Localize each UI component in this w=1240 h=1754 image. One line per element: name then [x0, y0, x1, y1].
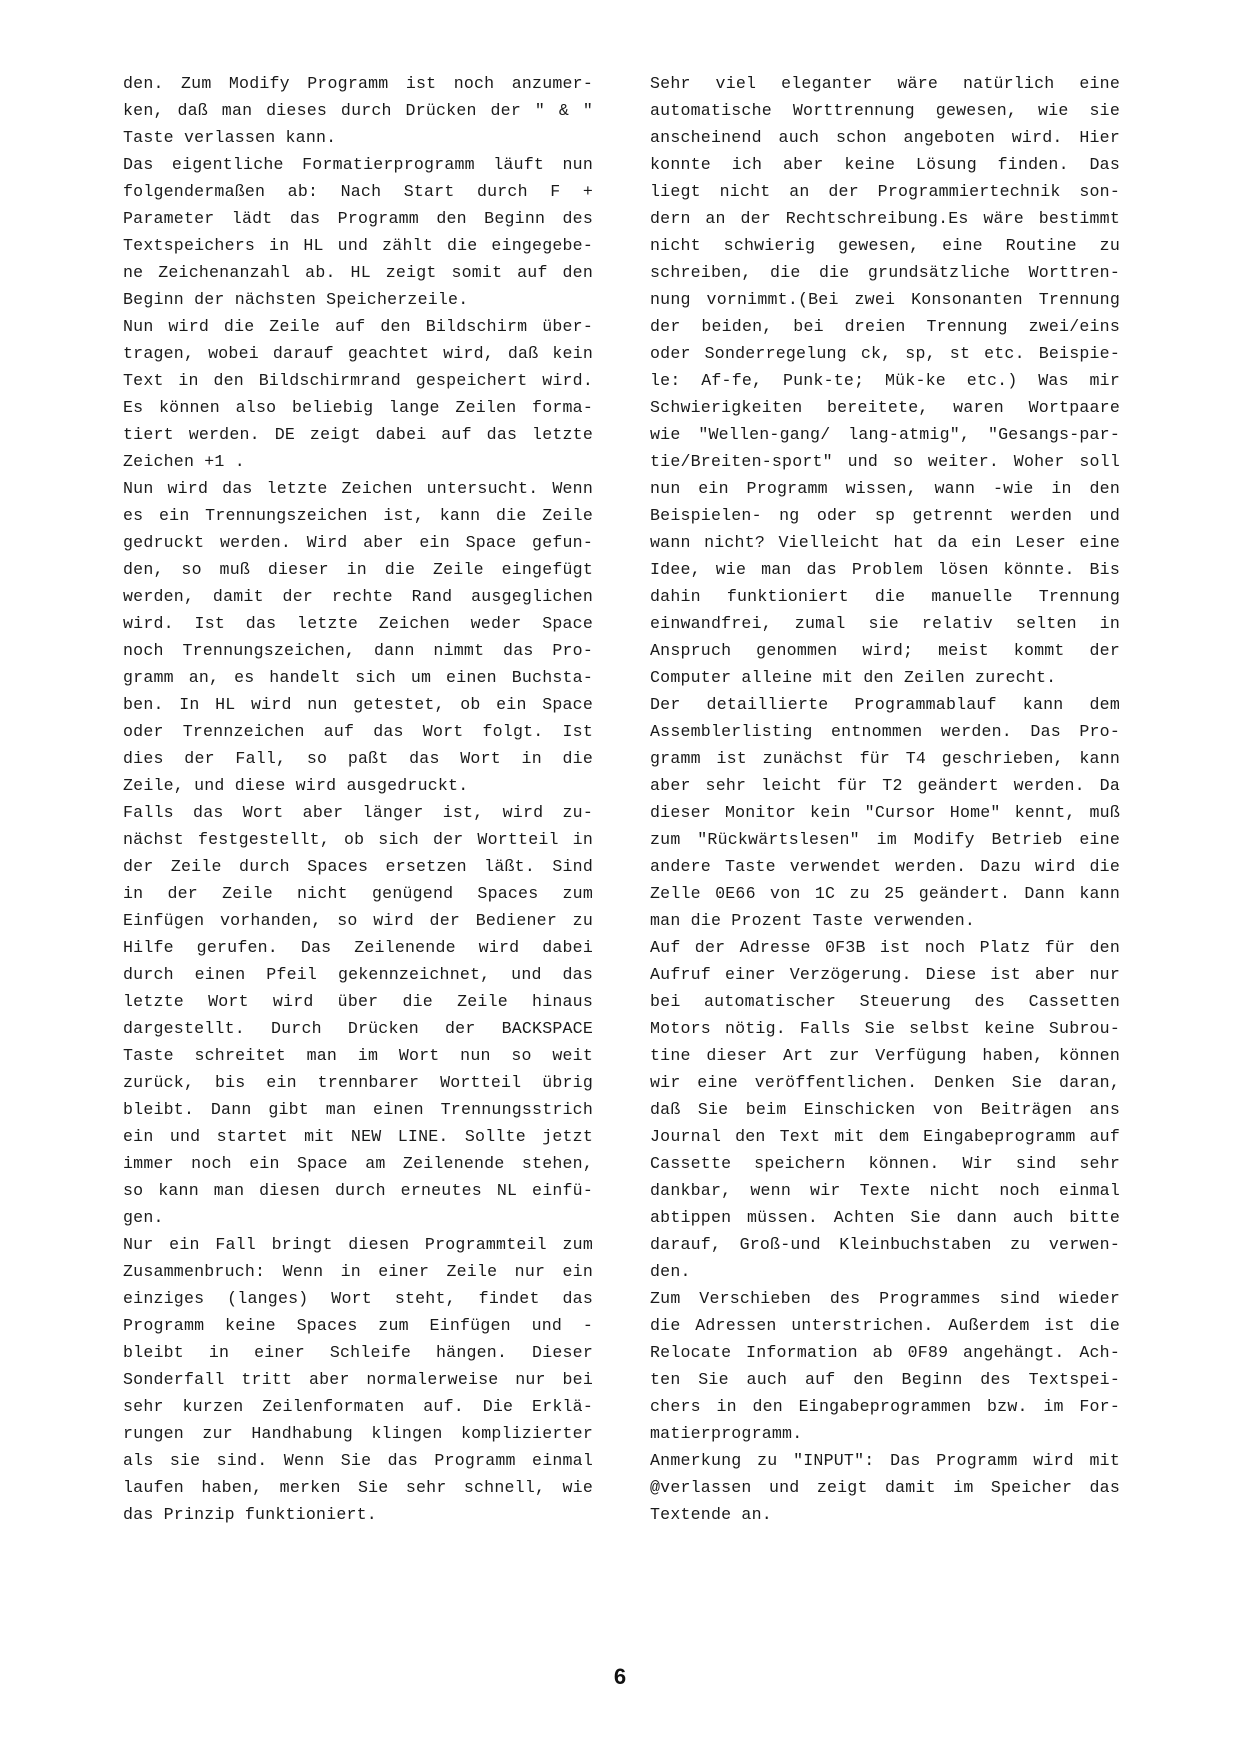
text-line: Anspruch genommen wird; meist kommt der	[650, 637, 1120, 664]
text-line: bei automatischer Steuerung des Cassette…	[650, 988, 1120, 1015]
text-line: tiert werden. DE zeigt dabei auf das let…	[123, 421, 593, 448]
text-line: Nun wird das letzte Zeichen untersucht. …	[123, 475, 593, 502]
text-line: Text in den Bildschirmrand gespeichert w…	[123, 367, 593, 394]
text-line: Parameter lädt das Programm den Beginn d…	[123, 205, 593, 232]
text-line: daß Sie beim Einschicken von Beiträgen a…	[650, 1096, 1120, 1123]
text-line: gen.	[123, 1204, 593, 1231]
text-line: Relocate Information ab 0F89 angehängt. …	[650, 1339, 1120, 1366]
text-line: Textspeichers in HL und zählt die eingeg…	[123, 232, 593, 259]
text-line: nicht schwierig gewesen, eine Routine zu	[650, 232, 1120, 259]
text-line: Taste schreitet man im Wort nun so weit	[123, 1042, 593, 1069]
text-line: ne Zeichenanzahl ab. HL zeigt somit auf …	[123, 259, 593, 286]
text-line: bleibt. Dann gibt man einen Trennungsstr…	[123, 1096, 593, 1123]
text-line: Beispielen- ng oder sp getrennt werden u…	[650, 502, 1120, 529]
text-line: durch einen Pfeil gekennzeichnet, und da…	[123, 961, 593, 988]
text-line: andere Taste verwendet werden. Dazu wird…	[650, 853, 1120, 880]
text-line: noch Trennungszeichen, dann nimmt das Pr…	[123, 637, 593, 664]
text-line: folgendermaßen ab: Nach Start durch F +	[123, 178, 593, 205]
text-line: oder Trennzeichen auf das Wort folgt. Is…	[123, 718, 593, 745]
text-line: einwandfrei, zumal sie relativ selten in	[650, 610, 1120, 637]
text-line: konnte ich aber keine Lösung finden. Das	[650, 151, 1120, 178]
text-line: Das eigentliche Formatierprogramm läuft …	[123, 151, 593, 178]
text-line: automatische Worttrennung gewesen, wie s…	[650, 97, 1120, 124]
text-line: nächst festgestellt, ob sich der Worttei…	[123, 826, 593, 853]
text-line: als sie sind. Wenn Sie das Programm einm…	[123, 1447, 593, 1474]
text-line: nun ein Programm wissen, wann -wie in de…	[650, 475, 1120, 502]
text-line: Der detaillierte Programmablauf kann dem	[650, 691, 1120, 718]
left-text-column: den. Zum Modify Programm ist noch anzume…	[123, 70, 593, 1528]
text-line: den, so muß dieser in die Zeile eingefüg…	[123, 556, 593, 583]
text-line: man die Prozent Taste verwenden.	[650, 907, 1120, 934]
text-line: wird. Ist das letzte Zeichen weder Space	[123, 610, 593, 637]
text-line: Textende an.	[650, 1501, 1120, 1528]
text-line: immer noch ein Space am Zeilenende stehe…	[123, 1150, 593, 1177]
text-line: Nun wird die Zeile auf den Bildschirm üb…	[123, 313, 593, 340]
text-line: Sehr viel eleganter wäre natürlich eine	[650, 70, 1120, 97]
text-line: zum "Rückwärtslesen" im Modify Betrieb e…	[650, 826, 1120, 853]
text-line: ein und startet mit NEW LINE. Sollte jet…	[123, 1123, 593, 1150]
text-line: werden, damit der rechte Rand ausgeglich…	[123, 583, 593, 610]
text-line: den. Zum Modify Programm ist noch anzume…	[123, 70, 593, 97]
text-line: Falls das Wort aber länger ist, wird zu-	[123, 799, 593, 826]
text-line: Beginn der nächsten Speicherzeile.	[123, 286, 593, 313]
text-line: oder Sonderregelung ck, sp, st etc. Beis…	[650, 340, 1120, 367]
document-page: den. Zum Modify Programm ist noch anzume…	[0, 0, 1240, 1754]
right-text-column: Sehr viel eleganter wäre natürlich einea…	[650, 70, 1120, 1528]
text-line: wann nicht? Vielleicht hat da ein Leser …	[650, 529, 1120, 556]
text-line: anscheinend auch schon angeboten wird. H…	[650, 124, 1120, 151]
text-line: abtippen müssen. Achten Sie dann auch bi…	[650, 1204, 1120, 1231]
text-line: Zelle 0E66 von 1C zu 25 geändert. Dann k…	[650, 880, 1120, 907]
text-line: darauf, Groß-und Kleinbuchstaben zu verw…	[650, 1231, 1120, 1258]
text-line: Auf der Adresse 0F3B ist noch Platz für …	[650, 934, 1120, 961]
text-line: dies der Fall, so paßt das Wort in die	[123, 745, 593, 772]
text-line: liegt nicht an der Programmiertechnik so…	[650, 178, 1120, 205]
text-line: ken, daß man dieses durch Drücken der " …	[123, 97, 593, 124]
text-line: Hilfe gerufen. Das Zeilenende wird dabei	[123, 934, 593, 961]
text-line: Assemblerlisting entnommen werden. Das P…	[650, 718, 1120, 745]
text-line: Zeile, und diese wird ausgedruckt.	[123, 772, 593, 799]
text-line: Journal den Text mit dem Eingabeprogramm…	[650, 1123, 1120, 1150]
text-line: Zusammenbruch: Wenn in einer Zeile nur e…	[123, 1258, 593, 1285]
text-line: le: Af-fe, Punk-te; Mük-ke etc.) Was mir	[650, 367, 1120, 394]
text-line: chers in den Eingabeprogrammen bzw. im F…	[650, 1393, 1120, 1420]
text-line: der Zeile durch Spaces ersetzen läßt. Si…	[123, 853, 593, 880]
text-line: Zeichen +1 .	[123, 448, 593, 475]
text-line: Anmerkung zu "INPUT": Das Programm wird …	[650, 1447, 1120, 1474]
text-line: Taste verlassen kann.	[123, 124, 593, 151]
text-line: der beiden, bei dreien Trennung zwei/ein…	[650, 313, 1120, 340]
text-line: letzte Wort wird über die Zeile hinaus	[123, 988, 593, 1015]
text-line: dern an der Rechtschreibung.Es wäre best…	[650, 205, 1120, 232]
text-line: Computer alleine mit den Zeilen zurecht.	[650, 664, 1120, 691]
text-line: gedruckt werden. Wird aber ein Space gef…	[123, 529, 593, 556]
text-line: bleibt in einer Schleife hängen. Dieser	[123, 1339, 593, 1366]
text-line: Cassette speichern können. Wir sind sehr	[650, 1150, 1120, 1177]
text-line: matierprogramm.	[650, 1420, 1120, 1447]
text-line: Sonderfall tritt aber normalerweise nur …	[123, 1366, 593, 1393]
text-line: gramm ist zunächst für T4 geschrieben, k…	[650, 745, 1120, 772]
text-line: Motors nötig. Falls Sie selbst keine Sub…	[650, 1015, 1120, 1042]
text-line: Nur ein Fall bringt diesen Programmteil …	[123, 1231, 593, 1258]
text-line: ben. In HL wird nun getestet, ob ein Spa…	[123, 691, 593, 718]
text-line: dieser Monitor kein "Cursor Home" kennt,…	[650, 799, 1120, 826]
text-line: Idee, wie man das Problem lösen könnte. …	[650, 556, 1120, 583]
text-line: aber sehr leicht für T2 geändert werden.…	[650, 772, 1120, 799]
page-number: 6	[600, 1664, 640, 1690]
text-line: einziges (langes) Wort steht, findet das	[123, 1285, 593, 1312]
text-line: dahin funktioniert die manuelle Trennung	[650, 583, 1120, 610]
text-line: rungen zur Handhabung klingen komplizier…	[123, 1420, 593, 1447]
text-line: gramm an, es handelt sich um einen Buchs…	[123, 664, 593, 691]
text-line: tragen, wobei darauf geachtet wird, daß …	[123, 340, 593, 367]
text-line: wie "Wellen-gang/ lang-atmig", "Gesangs-…	[650, 421, 1120, 448]
text-line: laufen haben, merken Sie sehr schnell, w…	[123, 1474, 593, 1501]
text-line: Es können also beliebig lange Zeilen for…	[123, 394, 593, 421]
text-line: sehr kurzen Zeilenformaten auf. Die Erkl…	[123, 1393, 593, 1420]
text-line: das Prinzip funktioniert.	[123, 1501, 593, 1528]
text-line: tine dieser Art zur Verfügung haben, kön…	[650, 1042, 1120, 1069]
text-line: @verlassen und zeigt damit im Speicher d…	[650, 1474, 1120, 1501]
text-line: so kann man diesen durch erneutes NL ein…	[123, 1177, 593, 1204]
text-line: ten Sie auch auf den Beginn des Textspei…	[650, 1366, 1120, 1393]
text-line: zurück, bis ein trennbarer Wortteil übri…	[123, 1069, 593, 1096]
text-line: Zum Verschieben des Programmes sind wied…	[650, 1285, 1120, 1312]
text-line: nung vornimmt.(Bei zwei Konsonanten Tren…	[650, 286, 1120, 313]
text-line: die Adressen unterstrichen. Außerdem ist…	[650, 1312, 1120, 1339]
text-line: Einfügen vorhanden, so wird der Bediener…	[123, 907, 593, 934]
text-line: Schwierigkeiten bereitete, waren Wortpaa…	[650, 394, 1120, 421]
text-line: wir eine veröffentlichen. Denken Sie dar…	[650, 1069, 1120, 1096]
text-line: schreiben, die die grundsätzliche Worttr…	[650, 259, 1120, 286]
text-line: dankbar, wenn wir Texte nicht noch einma…	[650, 1177, 1120, 1204]
text-line: es ein Trennungszeichen ist, kann die Ze…	[123, 502, 593, 529]
text-line: in der Zeile nicht genügend Spaces zum	[123, 880, 593, 907]
text-line: Programm keine Spaces zum Einfügen und -	[123, 1312, 593, 1339]
text-line: den.	[650, 1258, 1120, 1285]
text-line: dargestellt. Durch Drücken der BACKSPACE	[123, 1015, 593, 1042]
text-line: tie/Breiten-sport" und so weiter. Woher …	[650, 448, 1120, 475]
text-line: Aufruf einer Verzögerung. Diese ist aber…	[650, 961, 1120, 988]
